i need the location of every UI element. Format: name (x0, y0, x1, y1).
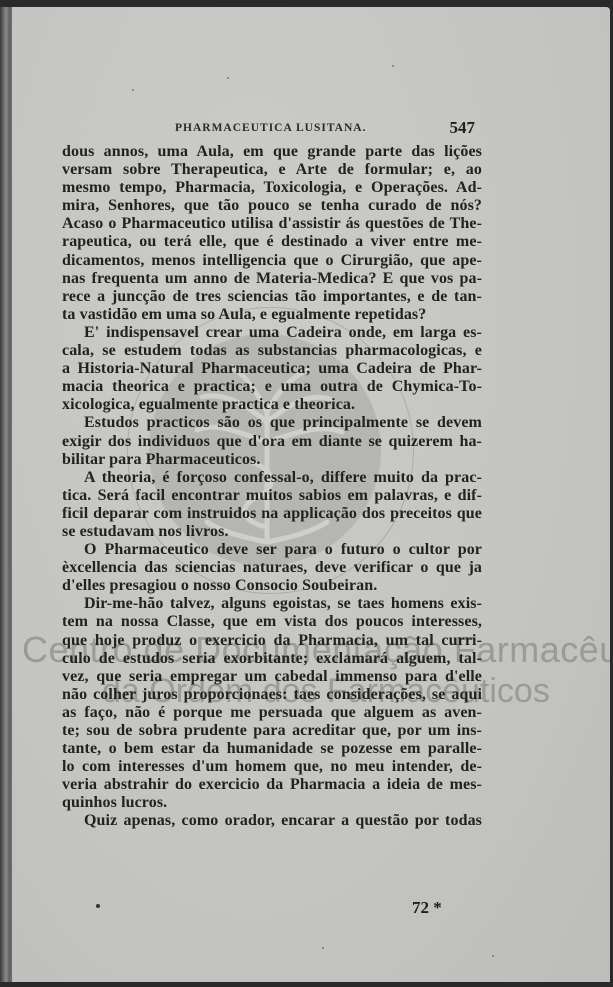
running-title: PHARMACEUTICA LUSITANA. (175, 122, 366, 134)
text-line: te; sou de sobra prudente para acreditar… (62, 722, 482, 740)
text-line: Acaso o Pharmaceutico utilisa d'assistir… (62, 215, 482, 233)
paragraph-start: A theoria, é forçoso confessal-o, differ… (62, 469, 482, 487)
text-line: macia theorica e practica; e uma outra d… (62, 378, 482, 396)
text-line: veria abstrahir do exercicio da Pharmaci… (62, 776, 482, 794)
text-line: tante, o bem estar da humanidade se poze… (62, 740, 482, 758)
paragraph-start: Estudos practicos são os que principalme… (62, 414, 482, 432)
text-line: não colher juros proporcionaes: taes con… (62, 686, 482, 704)
text-line: d'elles presagiou o nosso Consocio Soube… (62, 577, 482, 595)
text-line: ta vastidão em uma so Aula, e egualmente… (62, 306, 482, 324)
text-line: ficil deparar com instruidos na applicaç… (62, 505, 482, 523)
text-line: nas frequenta um anno de Materia-Medica?… (62, 270, 482, 288)
text-line: quinhos lucros. (62, 794, 482, 812)
text-line: dicamentos, menos intelligencia que o Ci… (62, 252, 482, 270)
footer-dot (96, 904, 100, 908)
body-text: dous annos, uma Aula, em que grande part… (62, 143, 482, 831)
text-line: que hoje produz o exercicio da Pharmacia… (62, 632, 482, 650)
text-line: as faço, não é porque me persuada que al… (62, 704, 482, 722)
page-header: PHARMACEUTICA LUSITANA. 547 (165, 118, 475, 138)
text-line: lo com interesses d'um homem que, no meu… (62, 758, 482, 776)
paragraph-start: Dir-me-hão talvez, alguns egoistas, se t… (62, 595, 482, 613)
paragraph-start: Quiz apenas, como orador, encarar a ques… (62, 812, 482, 830)
text-line: se estudavam nos livros. (62, 523, 482, 541)
text-line: a Historia-Natural Pharmaceutica; uma Ca… (62, 360, 482, 378)
text-line: mesmo tempo, Pharmacia, Toxicologia, e O… (62, 179, 482, 197)
paragraph-start: O Pharmaceutico deve ser para o futuro o… (62, 541, 482, 559)
text-line: culo de estudos seria exorbitante; excla… (62, 650, 482, 668)
text-line: rece a juncção de tres sciencias tão imp… (62, 288, 482, 306)
paragraph-start: E' indispensavel crear uma Cadeira onde,… (62, 324, 482, 342)
book-spine-edge (0, 7, 10, 982)
text-line: rapeutica, ou terá elle, que é destinado… (62, 233, 482, 251)
text-line: mira, Senhores, que tão pouco se tenha c… (62, 197, 482, 215)
text-line: versam sobre Therapeutica, e Arte de for… (62, 161, 482, 179)
text-line: cala, se estudem todas as substancias ph… (62, 342, 482, 360)
signature-mark: 72 * (412, 898, 442, 918)
text-line: èxcellencia das sciencias naturaes, deve… (62, 559, 482, 577)
text-line: tem na nossa Classe, que em vista dos po… (62, 613, 482, 631)
text-line: bilitar para Pharmaceuticos. (62, 451, 482, 469)
text-line: xicologica, egualmente practica e theori… (62, 396, 482, 414)
text-line: exigir dos individuos que d'ora em diant… (62, 433, 482, 451)
text-line: vez, que seria empregar um cabedal immen… (62, 668, 482, 686)
text-line: dous annos, uma Aula, em que grande part… (62, 143, 482, 161)
page-number: 547 (450, 118, 476, 138)
text-line: tica. Será facil encontrar muitos sabios… (62, 487, 482, 505)
